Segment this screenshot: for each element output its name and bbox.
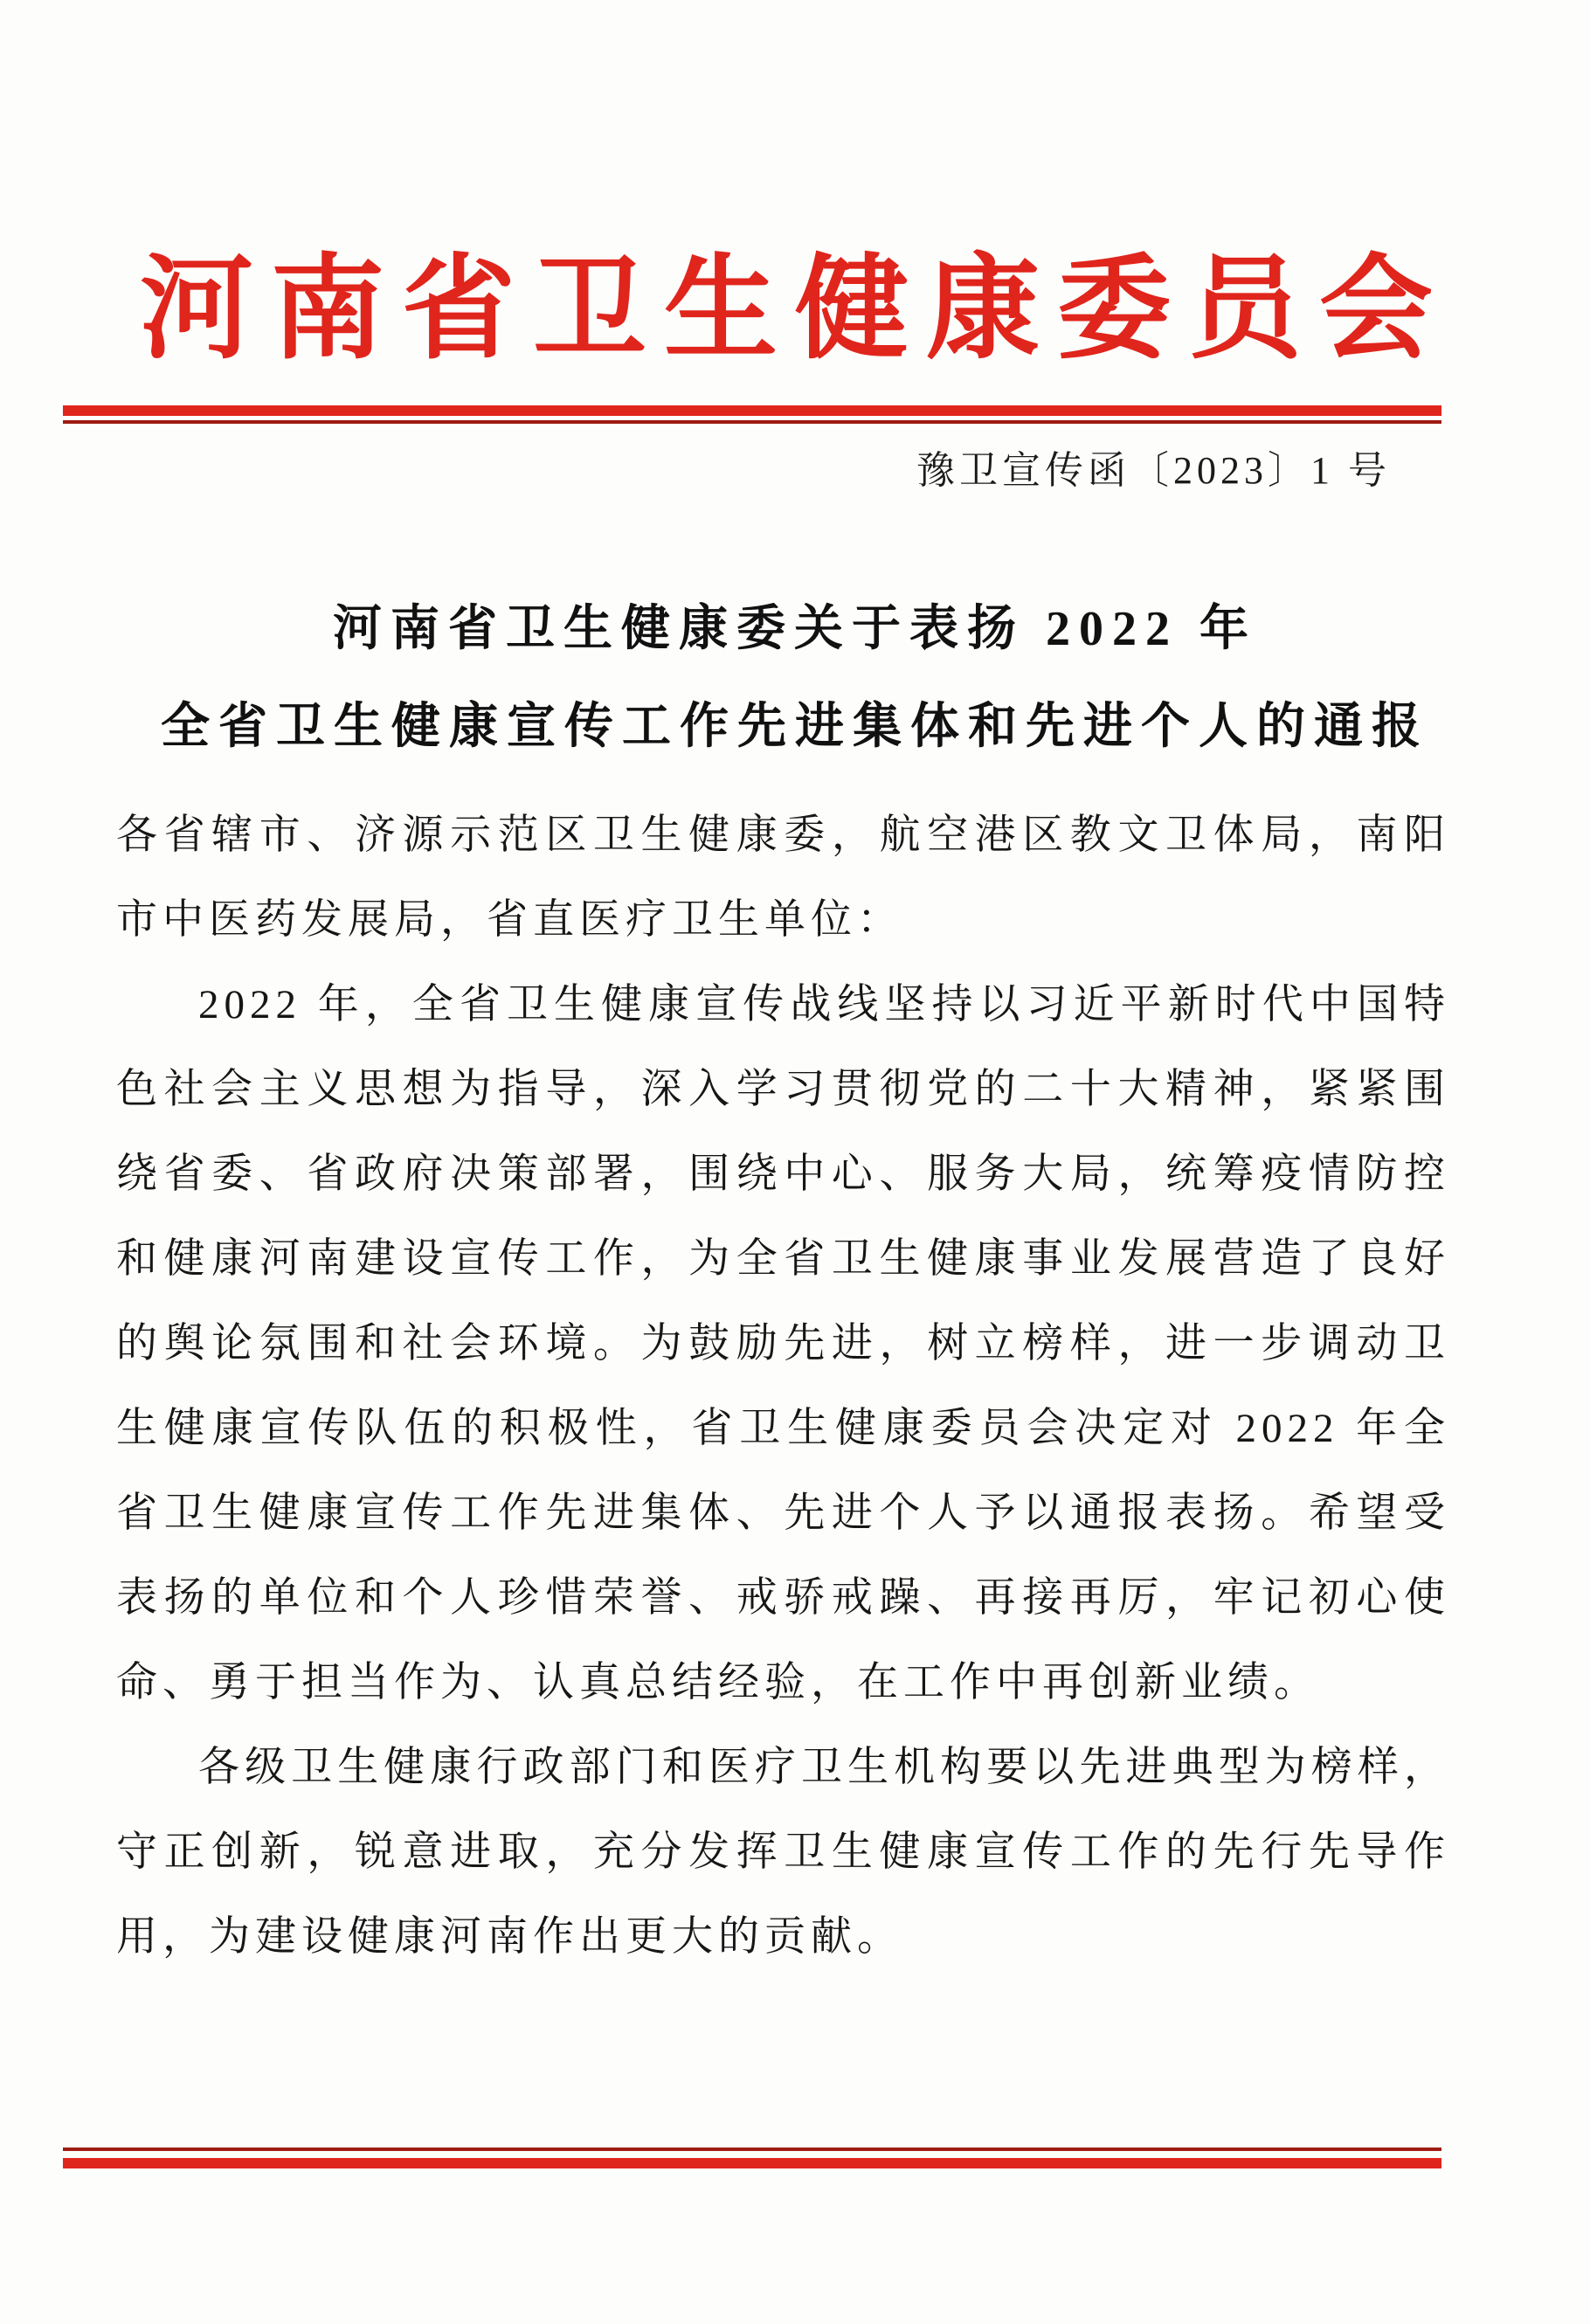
document-body: 各省辖市、济源示范区卫生健康委，航空港区教文卫体局，南阳市中医药发展局，省直医疗… — [116, 793, 1450, 1980]
divider-thick-line — [63, 405, 1441, 416]
letterhead-org-title: 河南省卫生健康委员会 — [0, 247, 1590, 375]
letterhead-divider — [63, 405, 1441, 424]
official-document-page: 河南省卫生健康委员会 豫卫宣传函〔2023〕1 号 河南省卫生健康委关于表扬 2… — [0, 0, 1590, 2324]
salutation-line: 各省辖市、济源示范区卫生健康委，航空港区教文卫体局，南阳市中医药发展局，省直医疗… — [116, 793, 1450, 963]
document-reference-number: 豫卫宣传函〔2023〕1 号 — [0, 446, 1391, 496]
divider-thin-line — [63, 420, 1441, 424]
footer-divider — [63, 2148, 1441, 2168]
body-paragraph-2: 各级卫生健康行政部门和医疗卫生机构要以先进典型为榜样，守正创新，锐意进取，充分发… — [116, 1726, 1450, 1980]
document-title-line1: 河南省卫生健康委关于表扬 2022 年 — [333, 602, 1257, 656]
divider-thick-line — [63, 2158, 1441, 2168]
divider-thin-line — [63, 2148, 1441, 2151]
document-title: 河南省卫生健康委关于表扬 2022 年 全省卫生健康宣传工作先进集体和先进个人的… — [52, 580, 1538, 776]
document-title-line2: 全省卫生健康宣传工作先进集体和先进个人的通报 — [161, 700, 1429, 754]
body-paragraph-1: 2022 年，全省卫生健康宣传战线坚持以习近平新时代中国特色社会主义思想为指导，… — [116, 963, 1450, 1726]
